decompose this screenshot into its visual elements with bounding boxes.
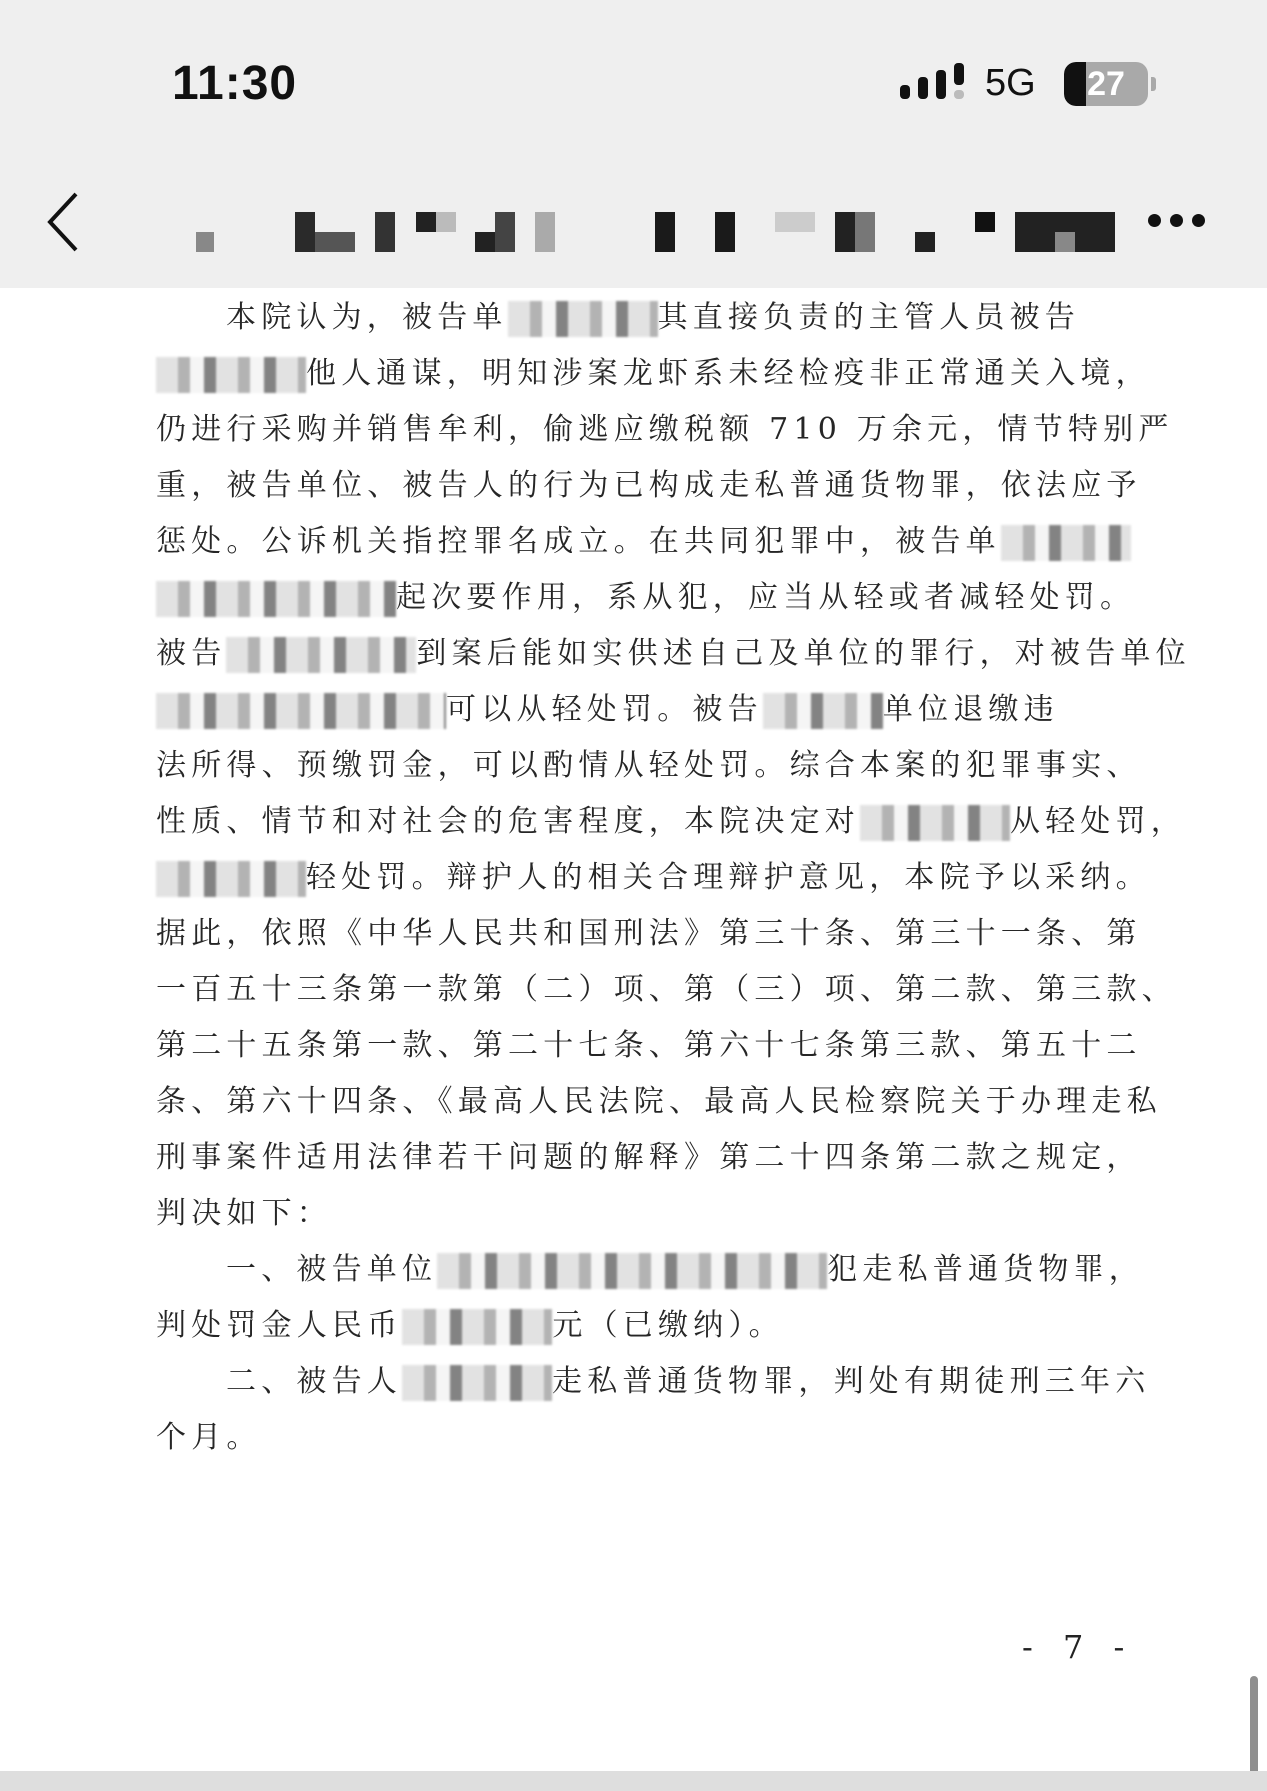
redacted-text bbox=[156, 357, 306, 393]
document-line: 二、被告人走私普通货物罪，判处有期徒刑三年六 bbox=[156, 1362, 1186, 1402]
document-title-redacted: [redacted] bbox=[180, 212, 1100, 254]
line-text: 被告 bbox=[156, 636, 226, 671]
line-text: 单位退缴违 bbox=[883, 692, 1059, 727]
more-options-button[interactable] bbox=[1148, 212, 1212, 232]
redacted-text bbox=[402, 1365, 552, 1401]
document-line: 性质、情节和对社会的危害程度，本院决定对从轻处罚， bbox=[156, 802, 1116, 842]
bottom-edge bbox=[0, 1771, 1267, 1791]
document-line: 一百五十三条第一款第（二）项、第（三）项、第二款、第三款、 bbox=[156, 970, 1116, 1010]
redacted-text bbox=[402, 1309, 552, 1345]
line-text: 性质、情节和对社会的危害程度，本院决定对 bbox=[156, 804, 860, 839]
line-text: 起次要作用，系从犯，应当从轻或者减轻处罚。 bbox=[396, 580, 1135, 615]
signal-icon bbox=[900, 63, 964, 105]
redacted-text bbox=[860, 805, 1010, 841]
status-bar: 11:30 5G 27 bbox=[0, 0, 1267, 150]
line-text: 一、被告单位 bbox=[226, 1252, 437, 1287]
document-line: 一、被告单位犯走私普通货物罪， bbox=[156, 1250, 1186, 1290]
redacted-text bbox=[508, 301, 658, 337]
line-text: 个月。 bbox=[156, 1420, 262, 1455]
line-text: 判决如下： bbox=[156, 1196, 332, 1231]
clock: 11:30 bbox=[172, 56, 297, 111]
line-text: 他人通谋，明知涉案龙虾系未经检疫非正常通关入境， bbox=[306, 356, 1151, 391]
document-line: 据此，依照《中华人民共和国刑法》第三十条、第三十一条、第 bbox=[156, 914, 1116, 954]
redacted-text bbox=[156, 861, 306, 897]
redacted-text bbox=[156, 581, 396, 617]
redacted-text bbox=[437, 1253, 827, 1289]
document-line: 惩处。公诉机关指控罪名成立。在共同犯罪中，被告单 bbox=[156, 522, 1116, 562]
more-icon bbox=[1148, 214, 1161, 227]
redacted-text bbox=[763, 693, 883, 729]
document-line: 仍进行采购并销售牟利，偷逃应缴税额 710 万余元，情节特别严 bbox=[156, 410, 1116, 450]
line-text: 到案后能如实供述自己及单位的罪行，对被告单位 bbox=[416, 636, 1190, 671]
document-line: 法所得、预缴罚金，可以酌情从轻处罚。综合本案的犯罪事实、 bbox=[156, 746, 1116, 786]
redacted-text bbox=[156, 693, 446, 729]
line-text: 法所得、预缴罚金，可以酌情从轻处罚。综合本案的犯罪事实、 bbox=[156, 748, 1142, 783]
line-text: 犯走私普通货物罪， bbox=[827, 1252, 1144, 1287]
document-line: 本院认为，被告单其直接负责的主管人员被告 bbox=[156, 298, 1186, 338]
document-line: 判决如下： bbox=[156, 1194, 1116, 1234]
line-text: 惩处。公诉机关指控罪名成立。在共同犯罪中，被告单 bbox=[156, 524, 1001, 559]
document-line: 重，被告单位、被告人的行为已构成走私普通货物罪，依法应予 bbox=[156, 466, 1116, 506]
battery-icon: 27 bbox=[1064, 62, 1148, 106]
nav-bar: [redacted] bbox=[0, 150, 1267, 288]
document-line: 刑事案件适用法律若干问题的解释》第二十四条第二款之规定， bbox=[156, 1138, 1116, 1178]
line-text: 走私普通货物罪，判处有期徒刑三年六 bbox=[552, 1364, 1150, 1399]
battery-tip bbox=[1151, 77, 1156, 91]
line-text: 轻处罚。辩护人的相关合理辩护意见，本院予以采纳。 bbox=[306, 860, 1151, 895]
line-text: 刑事案件适用法律若干问题的解释》第二十四条第二款之规定， bbox=[156, 1140, 1142, 1175]
line-text: 二、被告人 bbox=[226, 1364, 402, 1399]
page-number: - 7 - bbox=[1022, 1628, 1134, 1666]
document-line: 被告到案后能如实供述自己及单位的罪行，对被告单位 bbox=[156, 634, 1116, 674]
document-line: 轻处罚。辩护人的相关合理辩护意见，本院予以采纳。 bbox=[156, 858, 1116, 898]
network-type: 5G bbox=[985, 62, 1036, 105]
line-text: 第二十五条第一款、第二十七条、第六十七条第三款、第五十二 bbox=[156, 1028, 1142, 1063]
line-text: 本院认为，被告单 bbox=[226, 300, 508, 335]
document-line: 判处罚金人民币元（已缴纳）。 bbox=[156, 1306, 1116, 1346]
document-line: 起次要作用，系从犯，应当从轻或者减轻处罚。 bbox=[156, 578, 1116, 618]
chevron-left-icon bbox=[44, 190, 84, 254]
line-text: 条、第六十四条、《最高人民法院、最高人民检察院关于办理走私 bbox=[156, 1084, 1162, 1119]
line-text: 可以从轻处罚。被告 bbox=[446, 692, 763, 727]
line-text: 据此，依照《中华人民共和国刑法》第三十条、第三十一条、第 bbox=[156, 916, 1142, 951]
redacted-text bbox=[1001, 525, 1131, 561]
battery-percent: 27 bbox=[1064, 62, 1148, 106]
redacted-text bbox=[226, 637, 416, 673]
document-line: 个月。 bbox=[156, 1418, 1116, 1458]
document-line: 条、第六十四条、《最高人民法院、最高人民检察院关于办理走私 bbox=[156, 1082, 1116, 1122]
document-line: 第二十五条第一款、第二十七条、第六十七条第三款、第五十二 bbox=[156, 1026, 1116, 1066]
document-page: 本院认为，被告单其直接负责的主管人员被告他人通谋，明知涉案龙虾系未经检疫非正常通… bbox=[0, 288, 1267, 1768]
line-text: 判处罚金人民币 bbox=[156, 1308, 402, 1343]
line-text: 元（已缴纳）。 bbox=[552, 1308, 783, 1343]
line-text: 其直接负责的主管人员被告 bbox=[658, 300, 1080, 335]
document-line: 可以从轻处罚。被告单位退缴违 bbox=[156, 690, 1116, 730]
line-text: 重，被告单位、被告人的行为已构成走私普通货物罪，依法应予 bbox=[156, 468, 1142, 503]
document-line: 他人通谋，明知涉案龙虾系未经检疫非正常通关入境， bbox=[156, 354, 1116, 394]
line-text: 一百五十三条第一款第（二）项、第（三）项、第二款、第三款、 bbox=[156, 972, 1177, 1007]
line-text: 从轻处罚， bbox=[1010, 804, 1186, 839]
back-button[interactable] bbox=[44, 190, 84, 254]
line-text: 仍进行采购并销售牟利，偷逃应缴税额 710 万余元，情节特别严 bbox=[156, 412, 1174, 447]
